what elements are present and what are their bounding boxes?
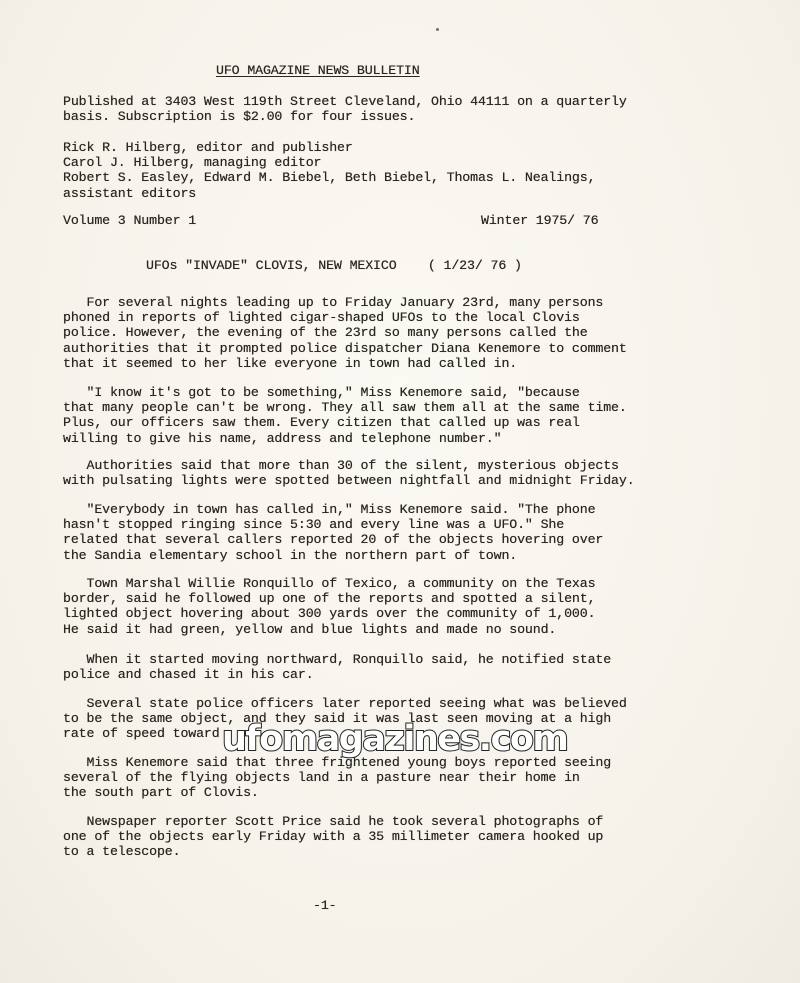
article-paragraph: "I know it's got to be something," Miss … <box>63 385 763 446</box>
page-number: -1- <box>313 898 373 913</box>
article-paragraph: Town Marshal Willie Ronquillo of Texico,… <box>63 576 763 637</box>
bulletin-header: UFO MAGAZINE NEWS BULLETIN <box>216 63 800 78</box>
staff-list: Rick R. Hilberg, editor and publisher Ca… <box>63 140 763 201</box>
document-page: UFO MAGAZINE NEWS BULLETIN Published at … <box>0 0 800 983</box>
article-paragraph: For several nights leading up to Friday … <box>63 295 763 371</box>
article-title: UFOs "INVADE" CLOVIS, NEW MEXICO ( 1/23/… <box>146 258 800 273</box>
article-paragraph: Authorities said that more than 30 of th… <box>63 458 763 488</box>
article-paragraph: Miss Kenemore said that three frightened… <box>63 755 763 801</box>
watermark: ufomagazines.com <box>222 719 567 759</box>
article-paragraph: "Everybody in town has called in," Miss … <box>63 502 763 563</box>
ink-speck <box>436 28 439 31</box>
article-paragraph: Newspaper reporter Scott Price said he t… <box>63 814 763 860</box>
article-paragraph: When it started moving northward, Ronqui… <box>63 652 763 682</box>
issue-date: Winter 1975/ 76 <box>481 213 681 228</box>
publication-info: Published at 3403 West 119th Street Clev… <box>63 94 763 124</box>
